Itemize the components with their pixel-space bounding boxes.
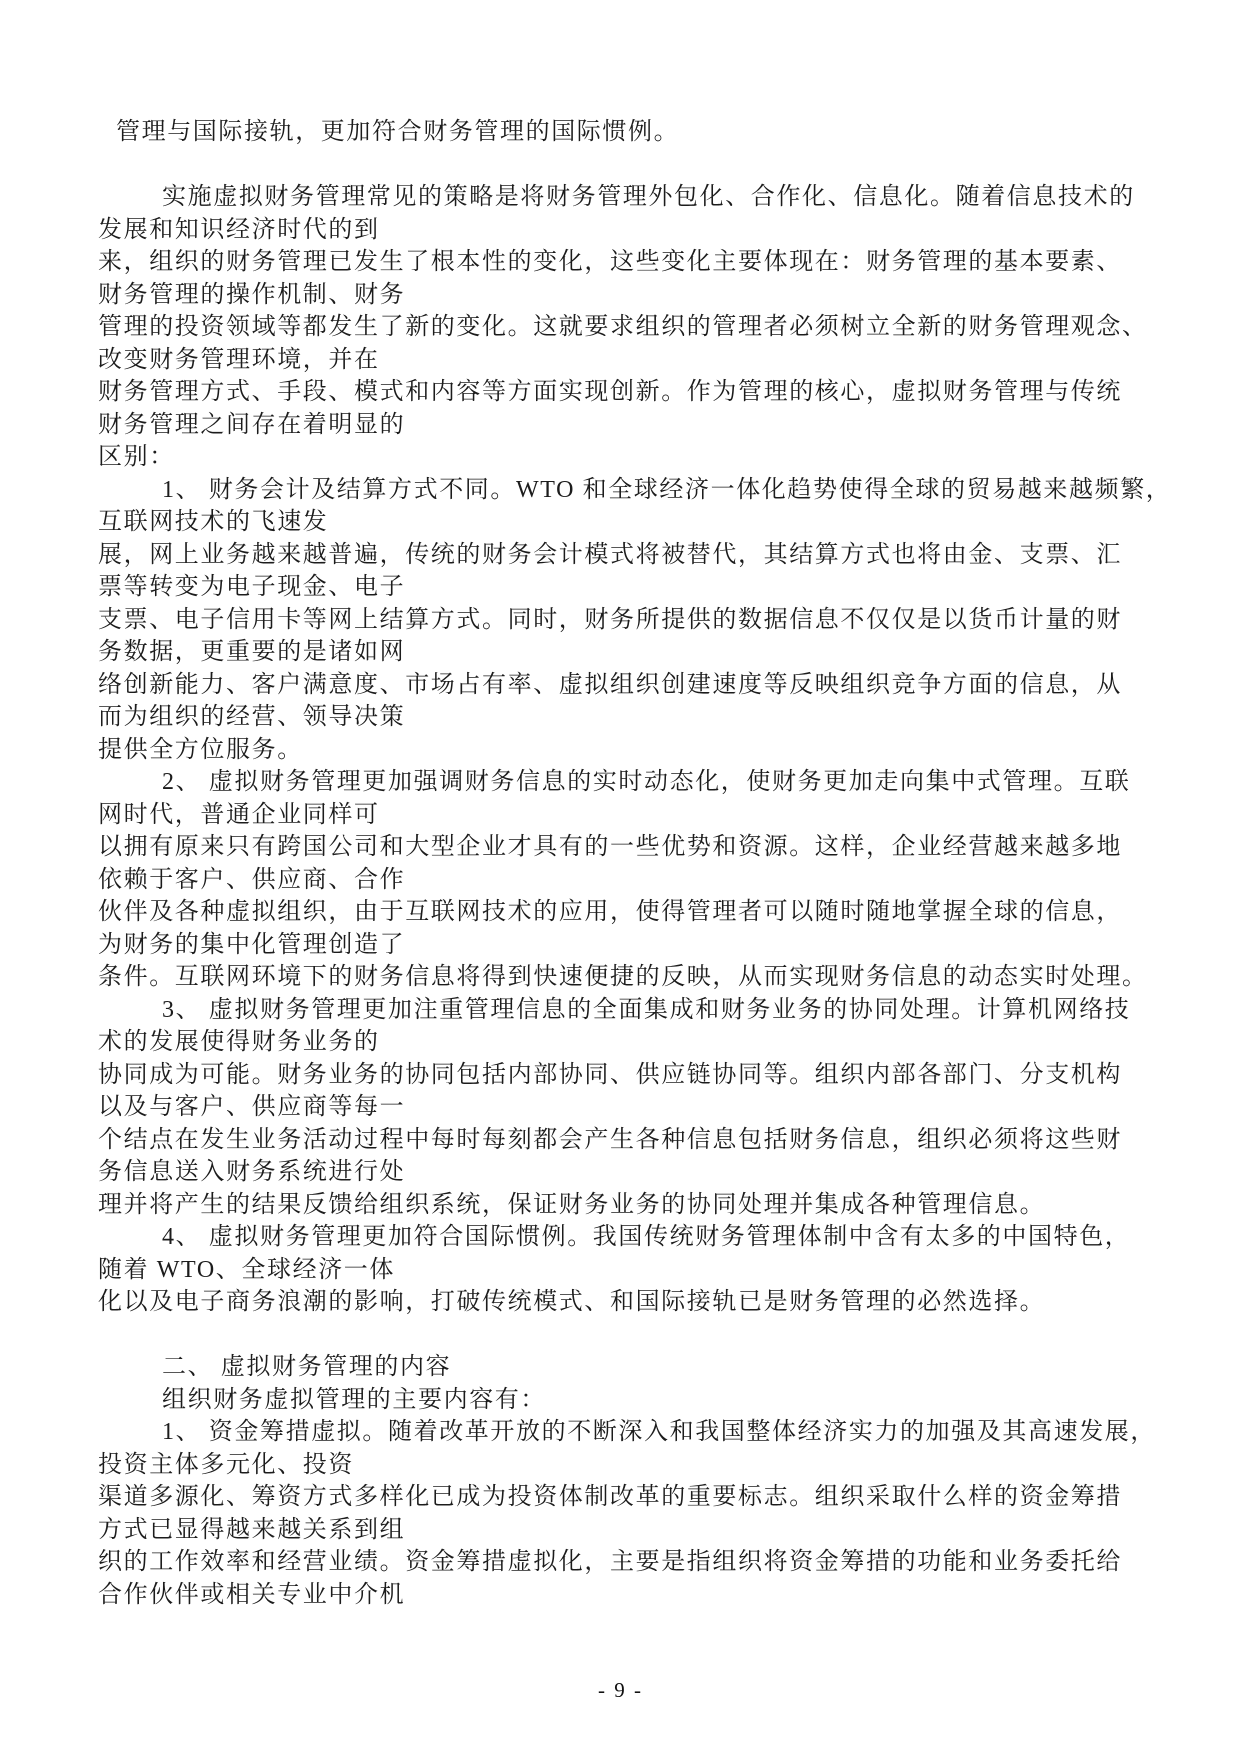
text-line: 组织财务虚拟管理的主要内容有： [98, 1384, 1158, 1417]
text-line: 1、 财务会计及结算方式不同。WTO 和全球经济一体化趋势使得全球的贸易越来越频… [98, 474, 1158, 507]
blank-line [98, 149, 1158, 182]
text-line: 术的发展使得财务业务的 [98, 1026, 1158, 1059]
text-line: 展，网上业务越来越普遍，传统的财务会计模式将被替代，其结算方式也将由金、支票、汇 [98, 539, 1158, 572]
text-line: 为财务的集中化管理创造了 [98, 929, 1158, 962]
text-line: 2、 虚拟财务管理更加强调财务信息的实时动态化，使财务更加走向集中式管理。互联 [98, 766, 1158, 799]
text-line: 实施虚拟财务管理常见的策略是将财务管理外包化、合作化、信息化。随着信息技术的 [98, 181, 1158, 214]
document-text-block: 管理与国际接轨，更加符合财务管理的国际惯例。 实施虚拟财务管理常见的策略是将财务… [98, 116, 1158, 1611]
text-line: 投资主体多元化、投资 [98, 1449, 1158, 1482]
text-line: 网时代，普通企业同样可 [98, 799, 1158, 832]
text-line: 改变财务管理环境，并在 [98, 344, 1158, 377]
text-line: 务信息送入财务系统进行处 [98, 1156, 1158, 1189]
text-line: 而为组织的经营、领导决策 [98, 701, 1158, 734]
text-line: 织的工作效率和经营业绩。资金筹措虚拟化，主要是指组织将资金筹措的功能和业务委托给 [98, 1546, 1158, 1579]
text-line: 个结点在发生业务活动过程中每时每刻都会产生各种信息包括财务信息，组织必须将这些财 [98, 1124, 1158, 1157]
text-line: 财务管理方式、手段、模式和内容等方面实现创新。作为管理的核心，虚拟财务管理与传统 [98, 376, 1158, 409]
text-line: 合作伙伴或相关专业中介机 [98, 1579, 1158, 1612]
text-line: 支票、电子信用卡等网上结算方式。同时，财务所提供的数据信息不仅仅是以货币计量的财 [98, 604, 1158, 637]
text-line: 管理的投资领域等都发生了新的变化。这就要求组织的管理者必须树立全新的财务管理观念… [98, 311, 1158, 344]
text-line: 以及与客户、供应商等每一 [98, 1091, 1158, 1124]
text-line: 提供全方位服务。 [98, 734, 1158, 767]
text-line: 财务管理的操作机制、财务 [98, 279, 1158, 312]
text-line: 务数据，更重要的是诸如网 [98, 636, 1158, 669]
text-line: 条件。互联网环境下的财务信息将得到快速便捷的反映，从而实现财务信息的动态实时处理… [98, 961, 1158, 994]
page-number: - 9 - [0, 1678, 1241, 1703]
text-line: 区别： [98, 441, 1158, 474]
text-line: 随着 WTO、全球经济一体 [98, 1254, 1158, 1287]
text-line: 4、 虚拟财务管理更加符合国际惯例。我国传统财务管理体制中含有太多的中国特色， [98, 1221, 1158, 1254]
text-line: 二、 虚拟财务管理的内容 [98, 1351, 1158, 1384]
document-page: 管理与国际接轨，更加符合财务管理的国际惯例。 实施虚拟财务管理常见的策略是将财务… [0, 0, 1241, 1754]
blank-line [98, 1319, 1158, 1352]
text-line: 化以及电子商务浪潮的影响，打破传统模式、和国际接轨已是财务管理的必然选择。 [98, 1286, 1158, 1319]
text-line: 理并将产生的结果反馈给组织系统，保证财务业务的协同处理并集成各种管理信息。 [98, 1189, 1158, 1222]
text-line: 协同成为可能。财务业务的协同包括内部协同、供应链协同等。组织内部各部门、分支机构 [98, 1059, 1158, 1092]
text-line: 以拥有原来只有跨国公司和大型企业才具有的一些优势和资源。这样，企业经营越来越多地 [98, 831, 1158, 864]
text-line: 互联网技术的飞速发 [98, 506, 1158, 539]
text-line: 3、 虚拟财务管理更加注重管理信息的全面集成和财务业务的协同处理。计算机网络技 [98, 994, 1158, 1027]
text-line: 方式已显得越来越关系到组 [98, 1514, 1158, 1547]
text-line: 伙伴及各种虚拟组织，由于互联网技术的应用，使得管理者可以随时随地掌握全球的信息， [98, 896, 1158, 929]
text-line: 依赖于客户、供应商、合作 [98, 864, 1158, 897]
text-line: 管理与国际接轨，更加符合财务管理的国际惯例。 [98, 116, 1158, 149]
text-line: 1、 资金筹措虚拟。随着改革开放的不断深入和我国整体经济实力的加强及其高速发展， [98, 1416, 1158, 1449]
text-line: 财务管理之间存在着明显的 [98, 409, 1158, 442]
text-line: 发展和知识经济时代的到 [98, 214, 1158, 247]
text-line: 渠道多源化、筹资方式多样化已成为投资体制改革的重要标志。组织采取什么样的资金筹措 [98, 1481, 1158, 1514]
text-line: 票等转变为电子现金、电子 [98, 571, 1158, 604]
text-line: 络创新能力、客户满意度、市场占有率、虚拟组织创建速度等反映组织竞争方面的信息，从 [98, 669, 1158, 702]
text-line: 来，组织的财务管理已发生了根本性的变化，这些变化主要体现在：财务管理的基本要素、 [98, 246, 1158, 279]
